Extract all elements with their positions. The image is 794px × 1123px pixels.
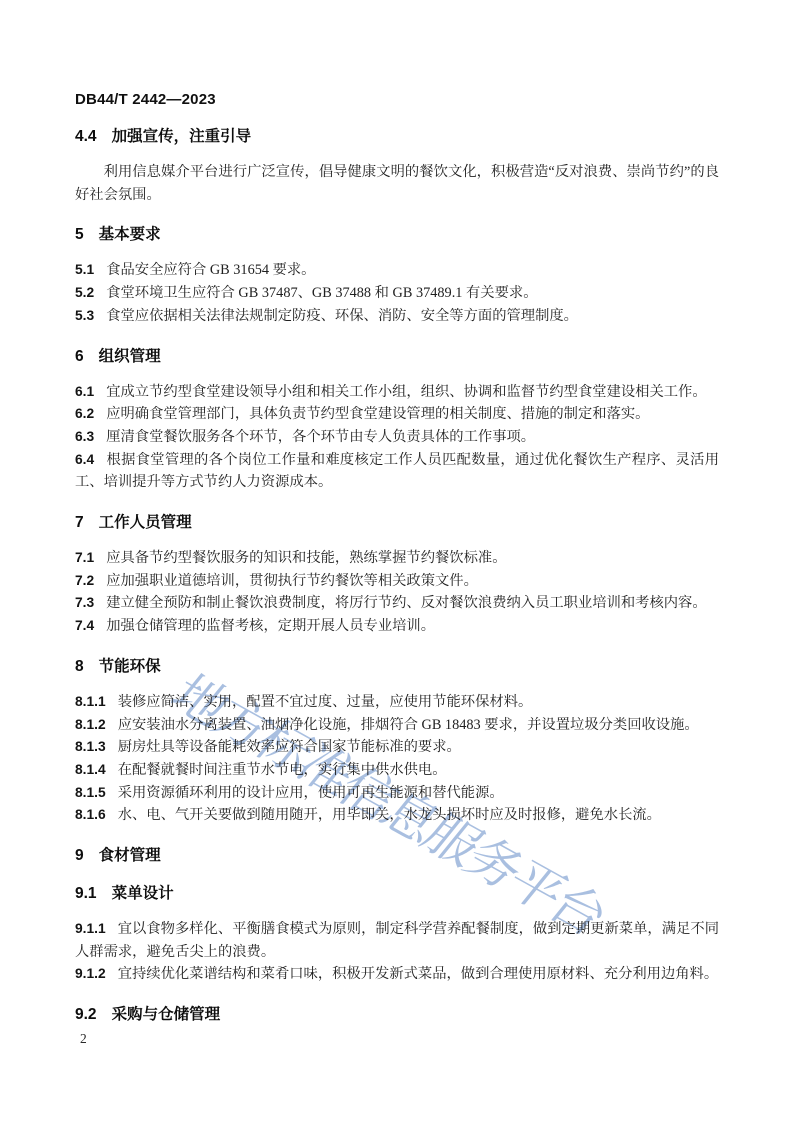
heading-text: 食材管理: [99, 847, 161, 864]
body-text: 宜以食物多样化、平衡膳食模式为原则，制定科学营养配餐制度，做到定期更新菜单，满足…: [75, 921, 719, 960]
clause-number: 5.1: [75, 262, 94, 277]
body-text: 水、电、气开关要做到随用随开，用毕即关，水龙头损坏时应及时报修，避免水长流。: [118, 807, 661, 823]
section-heading: 7工作人员管理: [75, 510, 719, 532]
body-text: 厨房灶具等设备能耗效率应符合国家节能标准的要求。: [118, 739, 461, 755]
body-text: 食堂环境卫生应符合 GB 37487、GB 37488 和 GB 37489.1…: [106, 285, 537, 301]
clause-number: 8.1.1: [75, 694, 106, 709]
body-text: 应具备节约型餐饮服务的知识和技能，熟练掌握节约餐饮标准。: [106, 550, 506, 566]
clause: 7.4加强仓储管理的监督考核，定期开展人员专业培训。: [75, 615, 719, 638]
heading-text: 工作人员管理: [99, 514, 192, 531]
clause-number: 8.1.6: [75, 807, 106, 822]
clause: 8.1.3厨房灶具等设备能耗效率应符合国家节能标准的要求。: [75, 736, 719, 759]
clause: 6.1宜成立节约型食堂建设领导小组和相关工作小组，组织、协调和监督节约型食堂建设…: [75, 381, 719, 404]
clause: 5.3食堂应依据相关法律法规制定防疫、环保、消防、安全等方面的管理制度。: [75, 305, 719, 328]
document-page: 地方标准信息服务平台 DB44/T 2442—2023 4.4加强宣传，注重引导…: [0, 0, 794, 1123]
heading-number: 8: [75, 658, 84, 675]
section-heading: 9.2采购与仓储管理: [75, 1002, 719, 1024]
body-text: 食堂应依据相关法律法规制定防疫、环保、消防、安全等方面的管理制度。: [106, 308, 578, 324]
clause: 8.1.5采用资源循环利用的设计应用，使用可再生能源和替代能源。: [75, 782, 719, 805]
clause: 5.1食品安全应符合 GB 31654 要求。: [75, 259, 719, 282]
heading-text: 节能环保: [99, 658, 161, 675]
clause-number: 7.3: [75, 595, 94, 610]
section-heading: 4.4加强宣传，注重引导: [75, 124, 719, 146]
clause: 7.3建立健全预防和制止餐饮浪费制度，将厉行节约、反对餐饮浪费纳入员工职业培训和…: [75, 592, 719, 615]
clause-number: 7.2: [75, 573, 94, 588]
heading-text: 加强宣传，注重引导: [112, 128, 252, 145]
clause-number: 8.1.2: [75, 717, 106, 732]
clause: 8.1.6水、电、气开关要做到随用随开，用毕即关，水龙头损坏时应及时报修，避免水…: [75, 804, 719, 827]
clause: 9.1.2宜持续优化菜谱结构和菜肴口味，积极开发新式菜品，做到合理使用原材料、充…: [75, 963, 719, 986]
clause: 6.4根据食堂管理的各个岗位工作量和难度核定工作人员匹配数量，通过优化餐饮生产程…: [75, 449, 719, 494]
clause: 8.1.4在配餐就餐时间注重节水节电，实行集中供水供电。: [75, 759, 719, 782]
clause: 6.2应明确食堂管理部门，具体负责节约型食堂建设管理的相关制度、措施的制定和落实…: [75, 403, 719, 426]
section-heading: 8节能环保: [75, 654, 719, 676]
clause-number: 7.4: [75, 618, 94, 633]
clause: 7.2应加强职业道德培训，贯彻执行节约餐饮等相关政策文件。: [75, 570, 719, 593]
heading-text: 采购与仓储管理: [112, 1006, 221, 1023]
heading-number: 9.1: [75, 885, 97, 902]
heading-number: 6: [75, 348, 84, 365]
body-text: 装修应简洁、实用，配置不宜过度、过量，应使用节能环保材料。: [118, 694, 533, 710]
section-heading: 9食材管理: [75, 843, 719, 865]
body-text: 宜持续优化菜谱结构和菜肴口味，积极开发新式菜品，做到合理使用原材料、充分利用边角…: [118, 966, 718, 982]
page-number: 2: [80, 1031, 87, 1047]
heading-number: 9: [75, 847, 84, 864]
clause: 7.1应具备节约型餐饮服务的知识和技能，熟练掌握节约餐饮标准。: [75, 547, 719, 570]
clause: 5.2食堂环境卫生应符合 GB 37487、GB 37488 和 GB 3748…: [75, 282, 719, 305]
heading-number: 4.4: [75, 128, 97, 145]
heading-text: 基本要求: [99, 226, 161, 243]
body-text: 厘清食堂餐饮服务各个环节，各个环节由专人负责具体的工作事项。: [106, 429, 535, 445]
heading-number: 7: [75, 514, 84, 531]
clause-number: 6.4: [75, 452, 94, 467]
body-text: 应安装油水分离装置、油烟净化设施，排烟符合 GB 18483 要求，并设置垃圾分…: [118, 717, 699, 733]
body-text: 在配餐就餐时间注重节水节电，实行集中供水供电。: [118, 762, 447, 778]
body-text: 食品安全应符合 GB 31654 要求。: [106, 262, 315, 278]
heading-text: 组织管理: [99, 348, 161, 365]
section-heading: 9.1菜单设计: [75, 881, 719, 903]
body-text: 应加强职业道德培训，贯彻执行节约餐饮等相关政策文件。: [106, 573, 478, 589]
body-text: 采用资源循环利用的设计应用，使用可再生能源和替代能源。: [118, 785, 504, 801]
clause-number: 9.1.1: [75, 921, 106, 936]
heading-number: 9.2: [75, 1006, 97, 1023]
clause-number: 5.2: [75, 285, 94, 300]
paragraph: 利用信息媒介平台进行广泛宣传，倡导健康文明的餐饮文化，积极营造“反对浪费、崇尚节…: [75, 161, 719, 206]
section-heading: 5基本要求: [75, 222, 719, 244]
standard-number-header: DB44/T 2442—2023: [75, 91, 719, 108]
clause: 9.1.1宜以食物多样化、平衡膳食模式为原则，制定科学营养配餐制度，做到定期更新…: [75, 918, 719, 963]
clause-number: 6.3: [75, 429, 94, 444]
heading-number: 5: [75, 226, 84, 243]
sections-container: 4.4加强宣传，注重引导利用信息媒介平台进行广泛宣传，倡导健康文明的餐饮文化，积…: [75, 124, 719, 1024]
clause-number: 8.1.5: [75, 785, 106, 800]
clause-number: 9.1.2: [75, 966, 106, 981]
clause: 8.1.2应安装油水分离装置、油烟净化设施，排烟符合 GB 18483 要求，并…: [75, 714, 719, 737]
clause-number: 5.3: [75, 308, 94, 323]
clause: 8.1.1装修应简洁、实用，配置不宜过度、过量，应使用节能环保材料。: [75, 691, 719, 714]
clause-number: 6.1: [75, 384, 94, 399]
section-heading: 6组织管理: [75, 344, 719, 366]
body-text: 建立健全预防和制止餐饮浪费制度，将厉行节约、反对餐饮浪费纳入员工职业培训和考核内…: [106, 595, 706, 611]
clause: 6.3厘清食堂餐饮服务各个环节，各个环节由专人负责具体的工作事项。: [75, 426, 719, 449]
clause-number: 8.1.3: [75, 739, 106, 754]
body-text: 利用信息媒介平台进行广泛宣传，倡导健康文明的餐饮文化，积极营造“反对浪费、崇尚节…: [75, 164, 719, 203]
body-text: 宜成立节约型食堂建设领导小组和相关工作小组，组织、协调和监督节约型食堂建设相关工…: [106, 384, 706, 400]
heading-text: 菜单设计: [112, 885, 174, 902]
document-body: DB44/T 2442—2023 4.4加强宣传，注重引导利用信息媒介平台进行广…: [0, 0, 794, 1024]
clause-number: 7.1: [75, 550, 94, 565]
body-text: 应明确食堂管理部门，具体负责节约型食堂建设管理的相关制度、措施的制定和落实。: [106, 406, 649, 422]
clause-number: 6.2: [75, 406, 94, 421]
clause-number: 8.1.4: [75, 762, 106, 777]
body-text: 加强仓储管理的监督考核，定期开展人员专业培训。: [106, 618, 435, 634]
body-text: 根据食堂管理的各个岗位工作量和难度核定工作人员匹配数量，通过优化餐饮生产程序、灵…: [75, 452, 719, 491]
